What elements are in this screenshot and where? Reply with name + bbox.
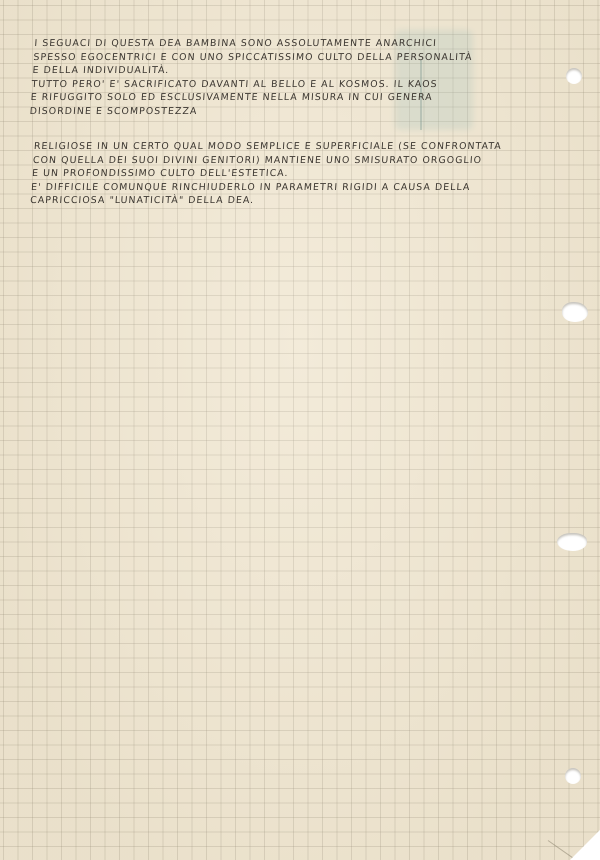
handwritten-line: DISORDINE E SCOMPOSTEZZA xyxy=(29,105,469,119)
punch-hole-lower-middle xyxy=(557,533,587,551)
handwritten-line: RELIGIOSE IN UN CERTO QUAL MODO SEMPLICE… xyxy=(33,140,502,154)
handwritten-line: E' DIFFICILE COMUNQUE RINCHIUDERLO IN PA… xyxy=(31,181,500,195)
grid-paper-page: I SEGUACI DI QUESTA DEA BAMBINA SONO ASS… xyxy=(0,0,600,860)
handwritten-line: CAPRICCIOSA "LUNATICITÀ" DELLA DEA. xyxy=(30,194,499,208)
handwritten-line: E UN PROFONDISSIMO CULTO DELL'ESTETICA. xyxy=(32,167,501,181)
handwritten-line: E RIFUGGITO SOLO ED ESCLUSIVAMENTE NELLA… xyxy=(30,91,470,105)
paragraph-followers: I SEGUACI DI QUESTA DEA BAMBINA SONO ASS… xyxy=(29,37,474,119)
paragraph-religion: RELIGIOSE IN UN CERTO QUAL MODO SEMPLICE… xyxy=(30,140,503,208)
handwritten-line: E DELLA INDIVIDUALITÀ. xyxy=(32,64,472,78)
handwritten-line: SPESSO EGOCENTRICI E CON UNO SPICCATISSI… xyxy=(33,51,473,65)
torn-corner-edge xyxy=(548,840,573,858)
punch-hole-top xyxy=(566,68,582,84)
punch-hole-bottom xyxy=(565,768,581,784)
punch-hole-upper-middle xyxy=(562,302,588,322)
handwritten-line: CON QUELLA DEI SUOI DIVINI GENITORI) MAN… xyxy=(32,154,501,168)
handwritten-line: I SEGUACI DI QUESTA DEA BAMBINA SONO ASS… xyxy=(34,37,474,51)
handwritten-line: TUTTO PERO' E' SACRIFICATO DAVANTI AL BE… xyxy=(31,78,471,92)
